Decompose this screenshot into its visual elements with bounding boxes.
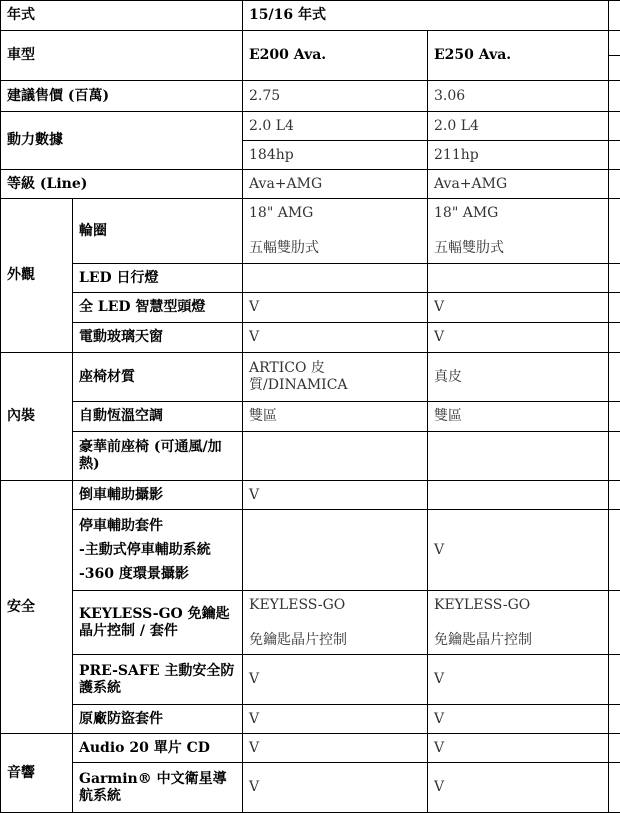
row-line: 等級 (Line) Ava+AMG Ava+AMG: [1, 170, 620, 199]
category-safety: 安全: [1, 481, 73, 734]
category-audio: 音響: [1, 734, 73, 813]
pre-safe-e250: V: [428, 655, 609, 705]
led-drl-e200: [243, 264, 428, 293]
year-value: 15/16 年式: [243, 1, 609, 31]
keyless-go-e200-name: KEYLESS-GO: [249, 597, 345, 613]
extra-cell: [609, 81, 620, 112]
extra-cell: [609, 170, 620, 199]
wheels-e250-style: 五輻雙肋式: [434, 240, 504, 256]
garmin-nav-e200: V: [243, 763, 428, 813]
garmin-nav-e250: V: [428, 763, 609, 813]
sunroof-label: 電動玻璃天窗: [73, 323, 243, 353]
row-parking-package: 停車輔助套件 -主動式停車輔助系統 -360 度環景攝影 V: [1, 510, 620, 591]
model-e200: E200 Ava.: [243, 31, 428, 81]
anti-theft-label: 原廠防盜套件: [73, 705, 243, 734]
hp-e250: 211hp: [428, 141, 609, 170]
anti-theft-e200: V: [243, 705, 428, 734]
row-year: 年式 15/16 年式: [1, 1, 620, 31]
row-power-engine: 動力數據 2.0 L4 2.0 L4: [1, 112, 620, 141]
keyless-go-e250: KEYLESS-GO 免鑰匙晶片控制: [428, 591, 609, 655]
front-seats-e200: [243, 432, 428, 481]
row-rear-camera: 安全 倒車輔助攝影 V: [1, 481, 620, 510]
parking-package-item-2: -360 度環景攝影: [79, 562, 236, 586]
led-drl-label: LED 日行燈: [73, 264, 243, 293]
parking-package-e200: [243, 510, 428, 591]
keyless-go-e200-desc: 免鑰匙晶片控制: [249, 632, 347, 648]
row-led-headlights: 全 LED 智慧型頭燈 V V: [1, 293, 620, 323]
pre-safe-e200: V: [243, 655, 428, 705]
spec-table: 年式 15/16 年式 車型 E200 Ava. E250 Ava. 建議售價 …: [0, 0, 620, 813]
seat-material-e200: ARTICO 皮質/DINAMICA: [243, 353, 428, 402]
climate-e200: 雙區: [243, 402, 428, 432]
category-exterior: 外觀: [1, 199, 73, 353]
parking-package-title: 停車輔助套件: [79, 514, 236, 538]
anti-theft-e250: V: [428, 705, 609, 734]
extra-cell: [609, 432, 620, 481]
climate-label: 自動恆溫空調: [73, 402, 243, 432]
row-climate: 自動恆溫空調 雙區 雙區: [1, 402, 620, 432]
keyless-go-label: KEYLESS-GO 免鑰匙晶片控制 / 套件: [73, 591, 243, 655]
audio-20-label: Audio 20 單片 CD: [73, 734, 243, 763]
category-interior: 內裝: [1, 353, 73, 481]
parking-package-label: 停車輔助套件 -主動式停車輔助系統 -360 度環景攝影: [73, 510, 243, 591]
hp-e200: 184hp: [243, 141, 428, 170]
row-price: 建議售價 (百萬) 2.75 3.06: [1, 81, 620, 112]
wheels-e250: 18" AMG 五輻雙肋式: [428, 199, 609, 264]
led-headlights-label: 全 LED 智慧型頭燈: [73, 293, 243, 323]
row-led-drl: LED 日行燈: [1, 264, 620, 293]
climate-e250: 雙區: [428, 402, 609, 432]
rear-camera-label: 倒車輔助攝影: [73, 481, 243, 510]
extra-cell: [609, 353, 620, 402]
row-anti-theft: 原廠防盜套件 V V: [1, 705, 620, 734]
extra-cell: [609, 293, 620, 323]
keyless-go-e250-name: KEYLESS-GO: [434, 597, 530, 613]
extra-cell: [609, 264, 620, 293]
wheels-label: 輪圈: [73, 199, 243, 264]
front-seats-e250: [428, 432, 609, 481]
price-label: 建議售價 (百萬): [1, 81, 243, 112]
led-headlights-e250: V: [428, 293, 609, 323]
row-pre-safe: PRE-SAFE 主動安全防護系統 V V: [1, 655, 620, 705]
audio-20-e200: V: [243, 734, 428, 763]
seat-material-label: 座椅材質: [73, 353, 243, 402]
seat-material-e250: 真皮: [428, 353, 609, 402]
price-e250: 3.06: [428, 81, 609, 112]
extra-cell: [609, 734, 620, 763]
extra-cell: [609, 323, 620, 353]
extra-cell: [609, 510, 620, 591]
extra-cell: [609, 591, 620, 655]
row-front-seats: 豪華前座椅 (可通風/加熱): [1, 432, 620, 481]
led-drl-e250: [428, 264, 609, 293]
row-audio-20: 音響 Audio 20 單片 CD V V: [1, 734, 620, 763]
extra-cell: [609, 763, 620, 813]
row-sunroof: 電動玻璃天窗 V V: [1, 323, 620, 353]
engine-e200: 2.0 L4: [243, 112, 428, 141]
line-e200: Ava+AMG: [243, 170, 428, 199]
wheels-e200-style: 五輻雙肋式: [249, 240, 319, 256]
parking-package-item-1: -主動式停車輔助系統: [79, 538, 236, 562]
wheels-e250-size: 18" AMG: [434, 205, 498, 221]
row-garmin-nav: Garmin® 中文衛星導航系統 V V: [1, 763, 620, 813]
engine-e250: 2.0 L4: [428, 112, 609, 141]
model-e250: E250 Ava.: [428, 31, 609, 81]
sunroof-e250: V: [428, 323, 609, 353]
price-e200: 2.75: [243, 81, 428, 112]
led-headlights-e200: V: [243, 293, 428, 323]
row-seat-material: 內裝 座椅材質 ARTICO 皮質/DINAMICA 真皮: [1, 353, 620, 402]
wheels-e200: 18" AMG 五輻雙肋式: [243, 199, 428, 264]
row-model: 車型 E200 Ava. E250 Ava.: [1, 31, 620, 56]
row-wheels: 外觀 輪圈 18" AMG 五輻雙肋式 18" AMG 五輻雙肋式: [1, 199, 620, 264]
extra-cell: [609, 199, 620, 264]
rear-camera-e200: V: [243, 481, 428, 510]
extra-cell: [609, 112, 620, 141]
model-label: 車型: [1, 31, 243, 81]
front-seats-label: 豪華前座椅 (可通風/加熱): [73, 432, 243, 481]
parking-package-e250: V: [428, 510, 609, 591]
line-label: 等級 (Line): [1, 170, 243, 199]
extra-cell: [609, 56, 620, 81]
extra-cell: [609, 402, 620, 432]
extra-cell: [609, 655, 620, 705]
extra-cell: [609, 705, 620, 734]
year-label: 年式: [1, 1, 243, 31]
garmin-nav-label: Garmin® 中文衛星導航系統: [73, 763, 243, 813]
extra-cell: [609, 141, 620, 170]
pre-safe-label: PRE-SAFE 主動安全防護系統: [73, 655, 243, 705]
rear-camera-e250: [428, 481, 609, 510]
keyless-go-e250-desc: 免鑰匙晶片控制: [434, 632, 532, 648]
extra-cell: [609, 1, 620, 31]
power-label: 動力數據: [1, 112, 243, 170]
sunroof-e200: V: [243, 323, 428, 353]
wheels-e200-size: 18" AMG: [249, 205, 313, 221]
keyless-go-e200: KEYLESS-GO 免鑰匙晶片控制: [243, 591, 428, 655]
row-keyless-go: KEYLESS-GO 免鑰匙晶片控制 / 套件 KEYLESS-GO 免鑰匙晶片…: [1, 591, 620, 655]
line-e250: Ava+AMG: [428, 170, 609, 199]
extra-cell: [609, 481, 620, 510]
extra-cell: [609, 31, 620, 56]
audio-20-e250: V: [428, 734, 609, 763]
